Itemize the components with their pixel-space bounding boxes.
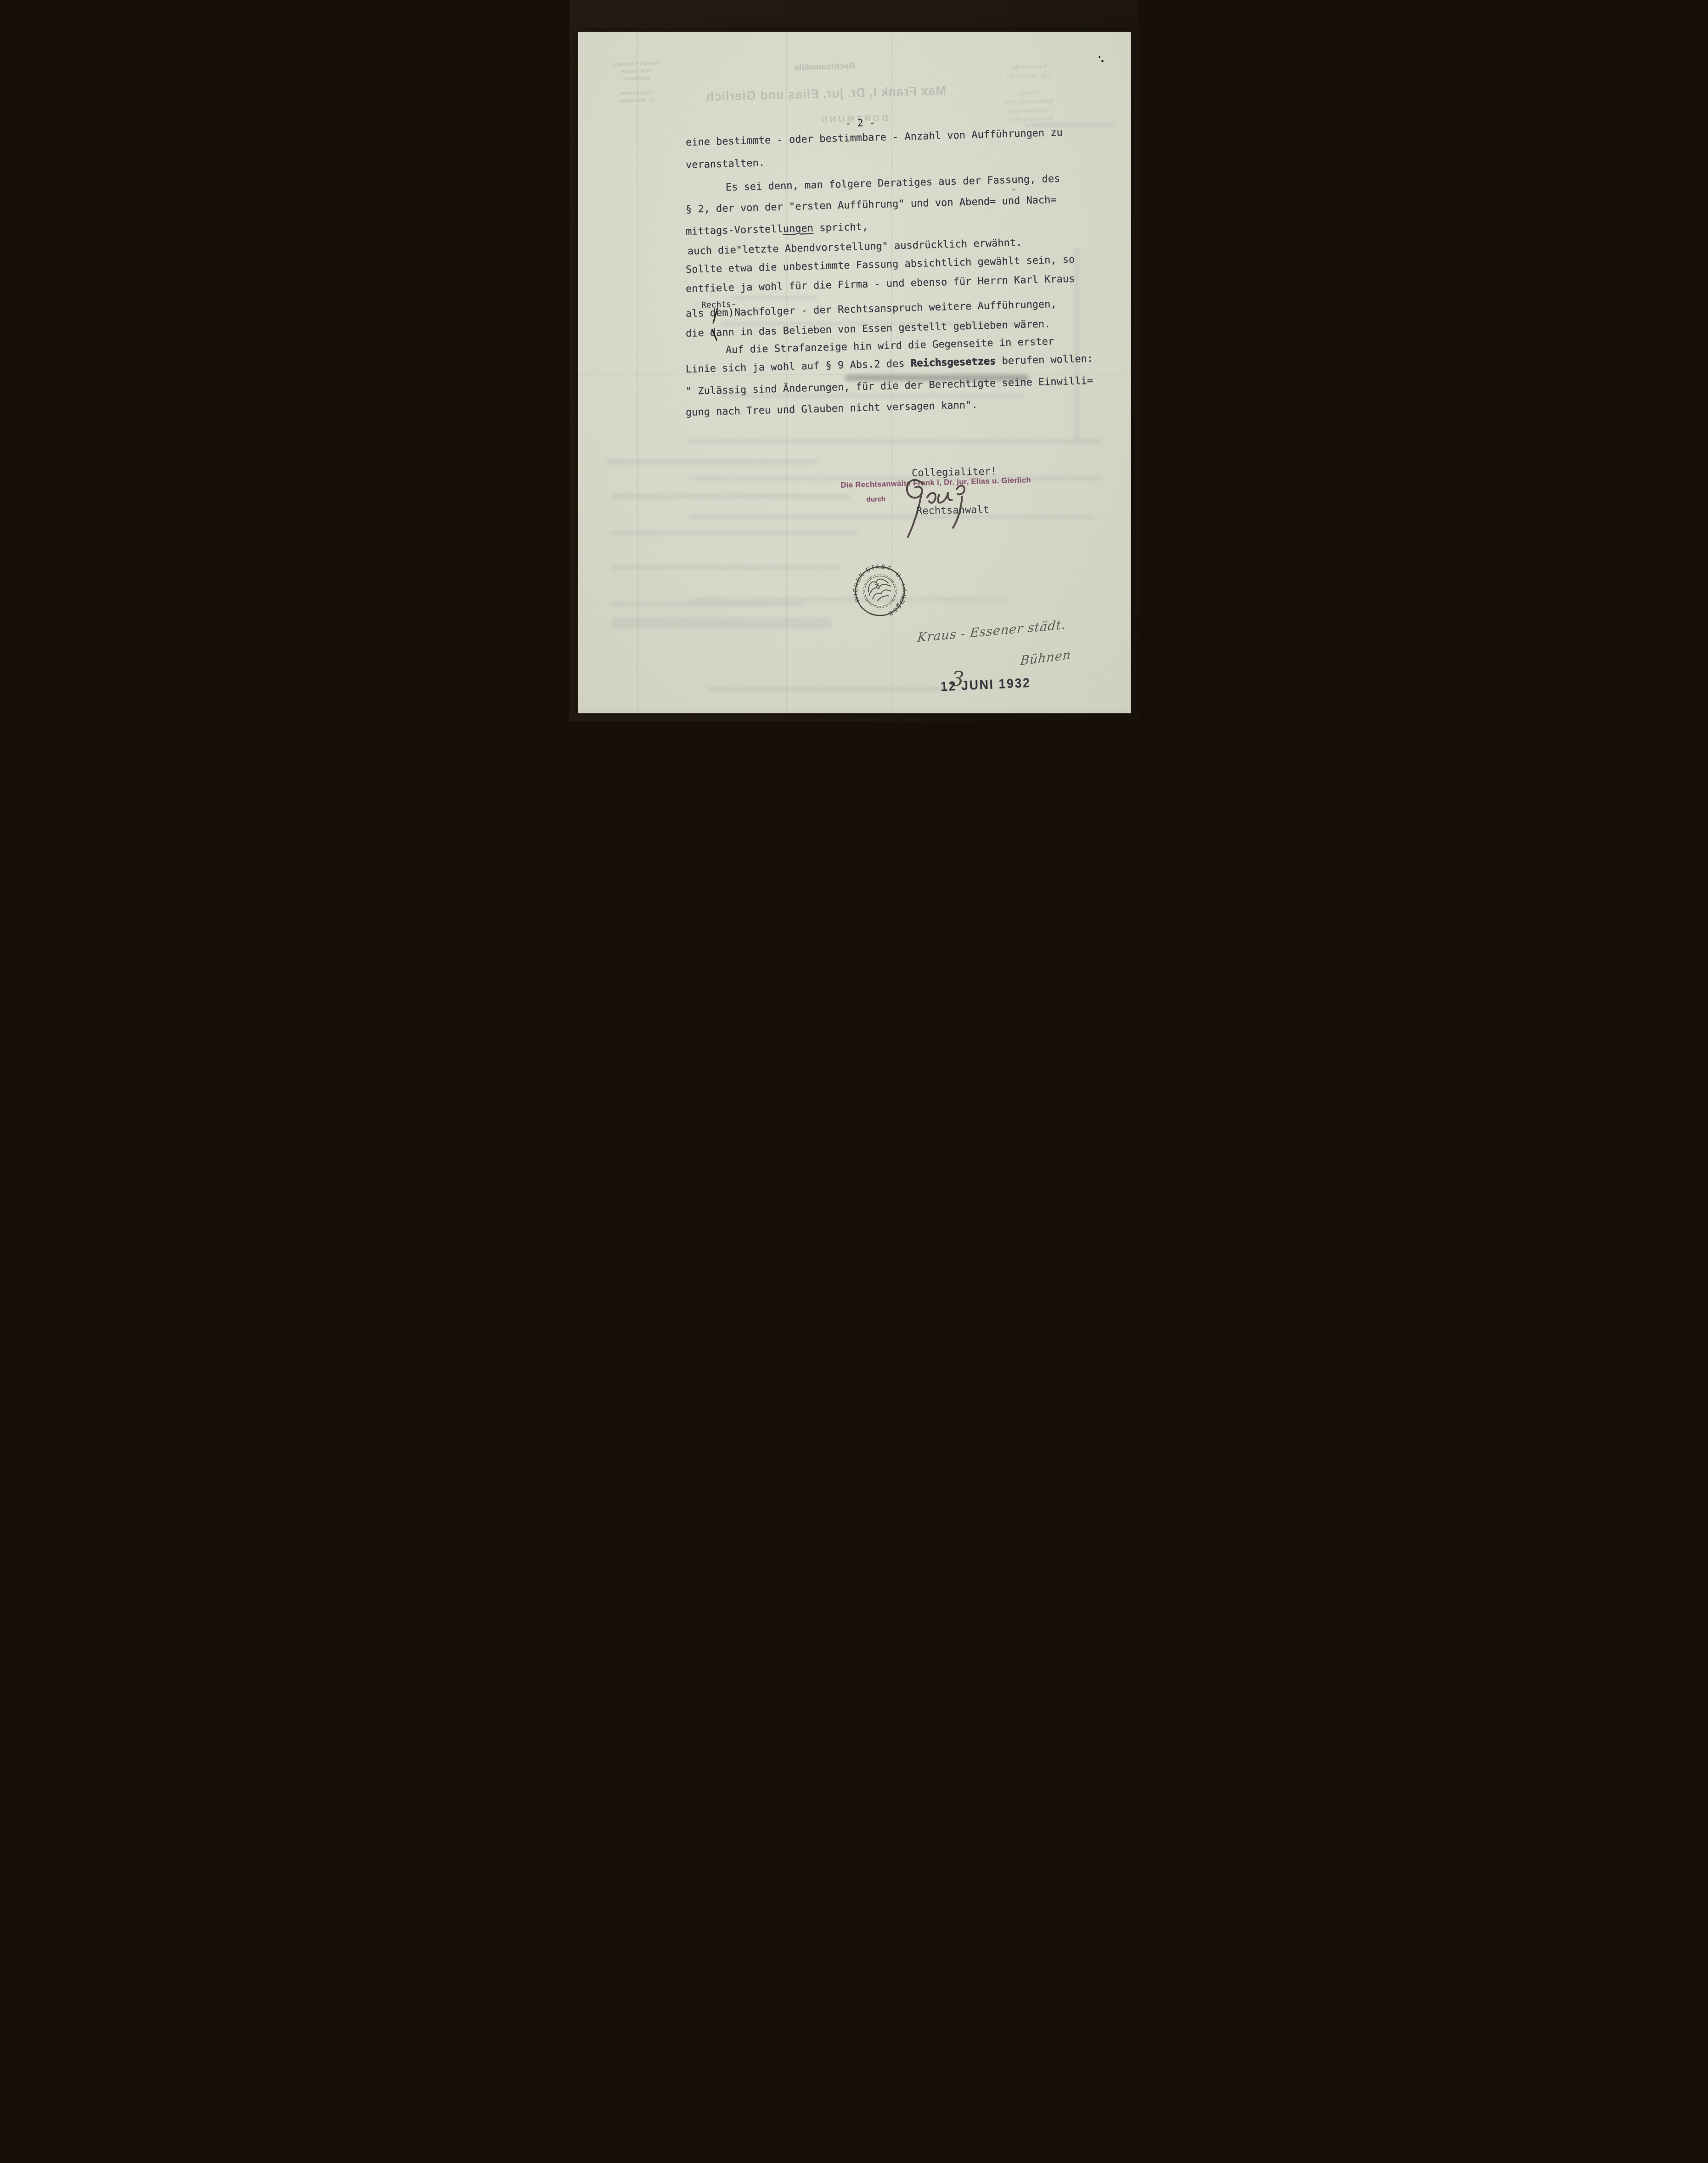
typed-line: als dem)Nachfolger - der Rechtsanspruch … [685,299,1056,319]
library-stamp-number: 4 [900,595,904,602]
ink-speck [1013,29,1016,31]
typed-line: Sollte etwa die unbestimmte Fassung absi… [685,255,1075,275]
typed-line: Es sei denn, man folgere Deratiges aus d… [725,174,1060,193]
signature-role-label: Rechtsanwalt [916,504,989,517]
svg-text:WIENER STADT- U. LANDESBIBL.: WIENER STADT- U. LANDESBIBL. [847,558,913,624]
typed-line: auch die"letzte Abendvorstellung" ausdrü… [687,238,1022,257]
library-round-stamp: WIENER STADT- U. LANDESBIBL. 4 [847,558,913,624]
typed-line: gung nach Treu und Glauben nicht versage… [685,400,977,418]
typed-line: Linie sich ja wohl auf § 9 Abs.2 des Rei… [685,354,1093,375]
typed-line: Auf die Strafanzeige hin wird die Gegens… [725,337,1054,356]
caret-insertion-mark: ^ [1011,188,1015,195]
scanned-document-photo: Rechtsanwälte Max Frank I, Dr. jur. Elia… [569,0,1139,721]
typed-line: die dann in das Belieben von Essen geste… [685,319,1050,339]
library-stamp-ring-text: WIENER STADT- U. LANDESBIBL. [847,558,913,624]
typed-line: veranstalten. [685,158,765,170]
letter-page: Rechtsanwälte Max Frank I, Dr. jur. Elia… [578,32,1131,713]
typed-line: eine bestimmte - oder bestimmbare - Anza… [685,128,1062,148]
typed-line: entfiele ja wohl für die Firma - und ebe… [685,274,1075,294]
typed-line: mittags-Vorstellungen spricht, [685,222,868,237]
handwritten-date-correction: 3 [950,667,964,691]
page-number: - 2 - [845,118,875,129]
ink-smudge [845,375,1029,381]
typed-line: § 2, der von der "ersten Aufführung" und… [685,195,1056,215]
